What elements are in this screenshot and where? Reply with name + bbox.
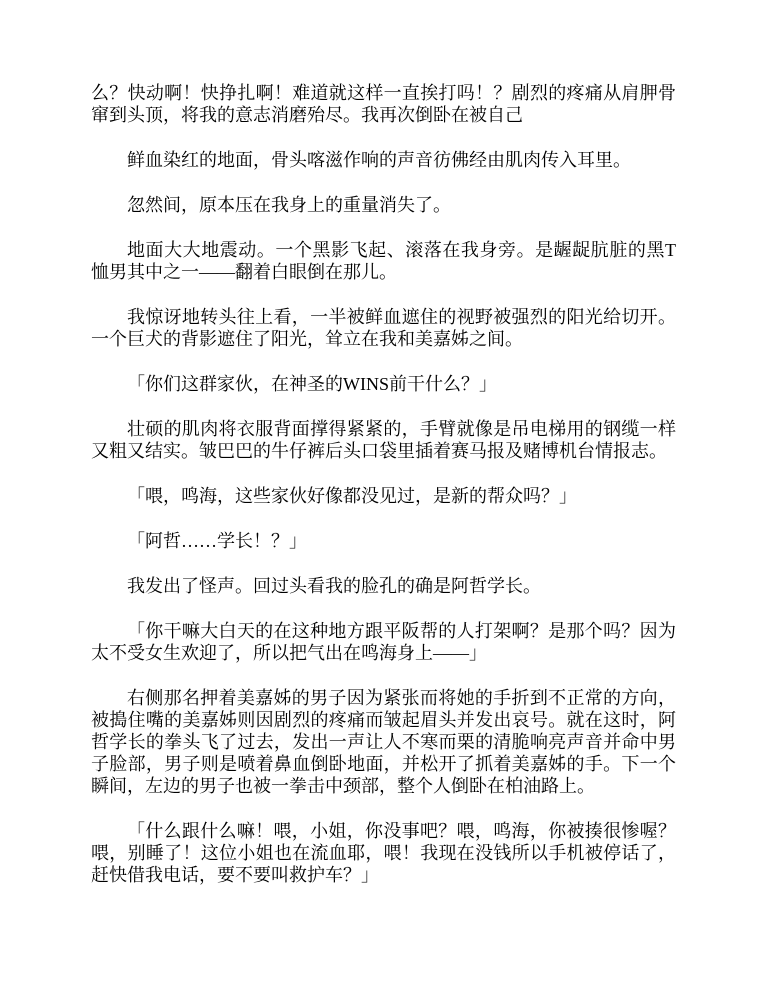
paragraph: 忽然间，原本压在我身上的重量消失了。: [91, 194, 676, 216]
text-content: 么？快动啊！快挣扎啊！难道就这样一直挨打吗！？剧烈的疼痛从肩胛骨窜到头顶，将我的…: [91, 82, 676, 886]
paragraph: 鲜血染红的地面，骨头喀滋作响的声音彷佛经由肌肉传入耳里。: [91, 149, 676, 171]
paragraph: 壮硕的肌肉将衣服背面撑得紧紧的，手臂就像是吊电梯用的钢缆一样又粗又结实。皱巴巴的…: [91, 418, 676, 462]
paragraph-dialogue: 「你干嘛大白天的在这种地方跟平阪帮的人打架啊？是那个吗？因为太不受女生欢迎了，所…: [91, 620, 676, 664]
paragraph: 我发出了怪声。回过头看我的脸孔的确是阿哲学长。: [91, 575, 676, 597]
paragraph: 么？快动啊！快挣扎啊！难道就这样一直挨打吗！？剧烈的疼痛从肩胛骨窜到头顶，将我的…: [91, 82, 676, 126]
paragraph-dialogue: 「阿哲……学长！？」: [91, 530, 676, 552]
paragraph-dialogue: 「什么跟什么嘛！喂，小姐，你没事吧？喂，鸣海，你被揍很惨喔？喂，别睡了！这位小姐…: [91, 820, 676, 886]
paragraph-dialogue: 「你们这群家伙，在神圣的WINS前干什么？」: [91, 373, 676, 395]
paragraph: 右侧那名押着美嘉姊的男子因为紧张而将她的手折到不正常的方向，被搗住嘴的美嘉姊则因…: [91, 687, 676, 797]
paragraph: 我惊讶地转头往上看，一半被鲜血遮住的视野被强烈的阳光给切开。一个巨犬的背影遮住了…: [91, 306, 676, 350]
document-page: 么？快动啊！快挣扎啊！难道就这样一直挨打吗！？剧烈的疼痛从肩胛骨窜到头顶，将我的…: [0, 0, 765, 990]
paragraph: 地面大大地震动。一个黑影飞起、滚落在我身旁。是龌龊肮脏的黑T恤男其中之一——翻着…: [91, 239, 676, 283]
paragraph-dialogue: 「喂，鸣海，这些家伙好像都没见过，是新的帮众吗？」: [91, 485, 676, 507]
